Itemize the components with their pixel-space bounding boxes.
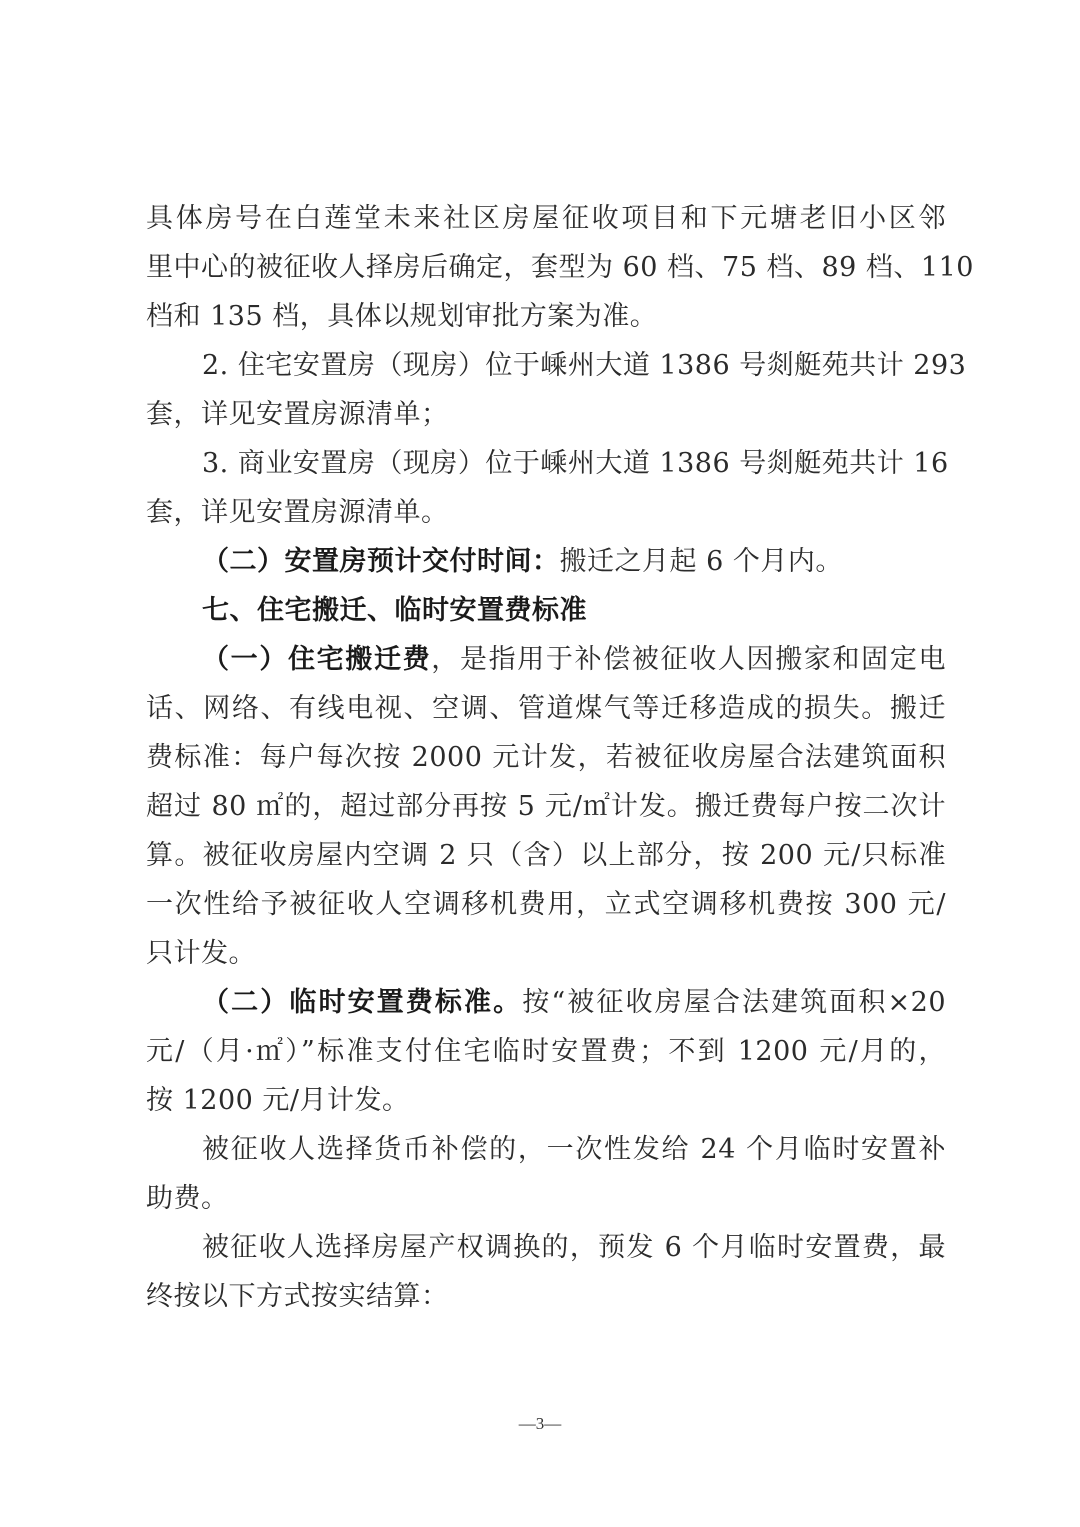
text-line: 超过 80 ㎡的，超过部分再按 5 元/㎡计发。搬迁费每户按二次计 <box>146 782 946 831</box>
text-line: 费标准：每户每次按 2000 元计发，若被征收房屋合法建筑面积 <box>146 733 946 782</box>
page-number: —3— <box>0 1414 1080 1434</box>
subsection-title: （一）住宅搬迁费 <box>202 644 431 675</box>
text-line: 2. 住宅安置房（现房）位于嵊州大道 1386 号剡艇苑共计 293 <box>146 341 946 390</box>
subsection-moving-fee: （一）住宅搬迁费，是指用于补偿被征收人因搬家和固定电 <box>146 635 946 684</box>
text-line: 按 1200 元/月计发。 <box>146 1076 946 1125</box>
text-line: 元/（月·㎡）”标准支付住宅临时安置费；不到 1200 元/月的， <box>146 1027 946 1076</box>
subsection-delivery-time: （二）安置房预计交付时间：搬迁之月起 6 个月内。 <box>146 537 946 586</box>
text-line: 3. 商业安置房（现房）位于嵊州大道 1386 号剡艇苑共计 16 <box>146 439 946 488</box>
text-line: 套，详见安置房源清单； <box>146 390 946 439</box>
document-body: 具体房号在白莲堂未来社区房屋征收项目和下元塘老旧小区邻 里中心的被征收人择房后确… <box>146 194 946 1321</box>
text-span: 搬迁之月起 6 个月内。 <box>560 546 843 577</box>
subsection-title: （二）安置房预计交付时间： <box>202 546 560 577</box>
section-heading: 七、住宅搬迁、临时安置费标准 <box>146 586 946 635</box>
text-line: 一次性给予被征收人空调移机费用，立式空调移机费按 300 元/ <box>146 880 946 929</box>
subsection-title: （二）临时安置费标准。 <box>202 987 522 1018</box>
text-line: 被征收人选择货币补偿的，一次性发给 24 个月临时安置补 <box>146 1125 946 1174</box>
text-line: 被征收人选择房屋产权调换的，预发 6 个月临时安置费，最 <box>146 1223 946 1272</box>
text-line: 档和 135 档，具体以规划审批方案为准。 <box>146 292 946 341</box>
subsection-temporary-fee: （二）临时安置费标准。按“被征收房屋合法建筑面积×20 <box>146 978 946 1027</box>
text-line: 话、网络、有线电视、空调、管道煤气等迁移造成的损失。搬迁 <box>146 684 946 733</box>
text-line: 套，详见安置房源清单。 <box>146 488 946 537</box>
text-span: 按“被征收房屋合法建筑面积×20 <box>522 987 946 1018</box>
document-page: 具体房号在白莲堂未来社区房屋征收项目和下元塘老旧小区邻 里中心的被征收人择房后确… <box>0 0 1080 1527</box>
text-line: 只计发。 <box>146 929 946 978</box>
text-line: 算。被征收房屋内空调 2 只（含）以上部分，按 200 元/只标准 <box>146 831 946 880</box>
text-line: 助费。 <box>146 1174 946 1223</box>
text-line: 具体房号在白莲堂未来社区房屋征收项目和下元塘老旧小区邻 <box>146 194 946 243</box>
text-span: ，是指用于补偿被征收人因搬家和固定电 <box>431 644 946 675</box>
text-line: 终按以下方式按实结算： <box>146 1272 946 1321</box>
text-line: 里中心的被征收人择房后确定，套型为 60 档、75 档、89 档、110 <box>146 243 946 292</box>
